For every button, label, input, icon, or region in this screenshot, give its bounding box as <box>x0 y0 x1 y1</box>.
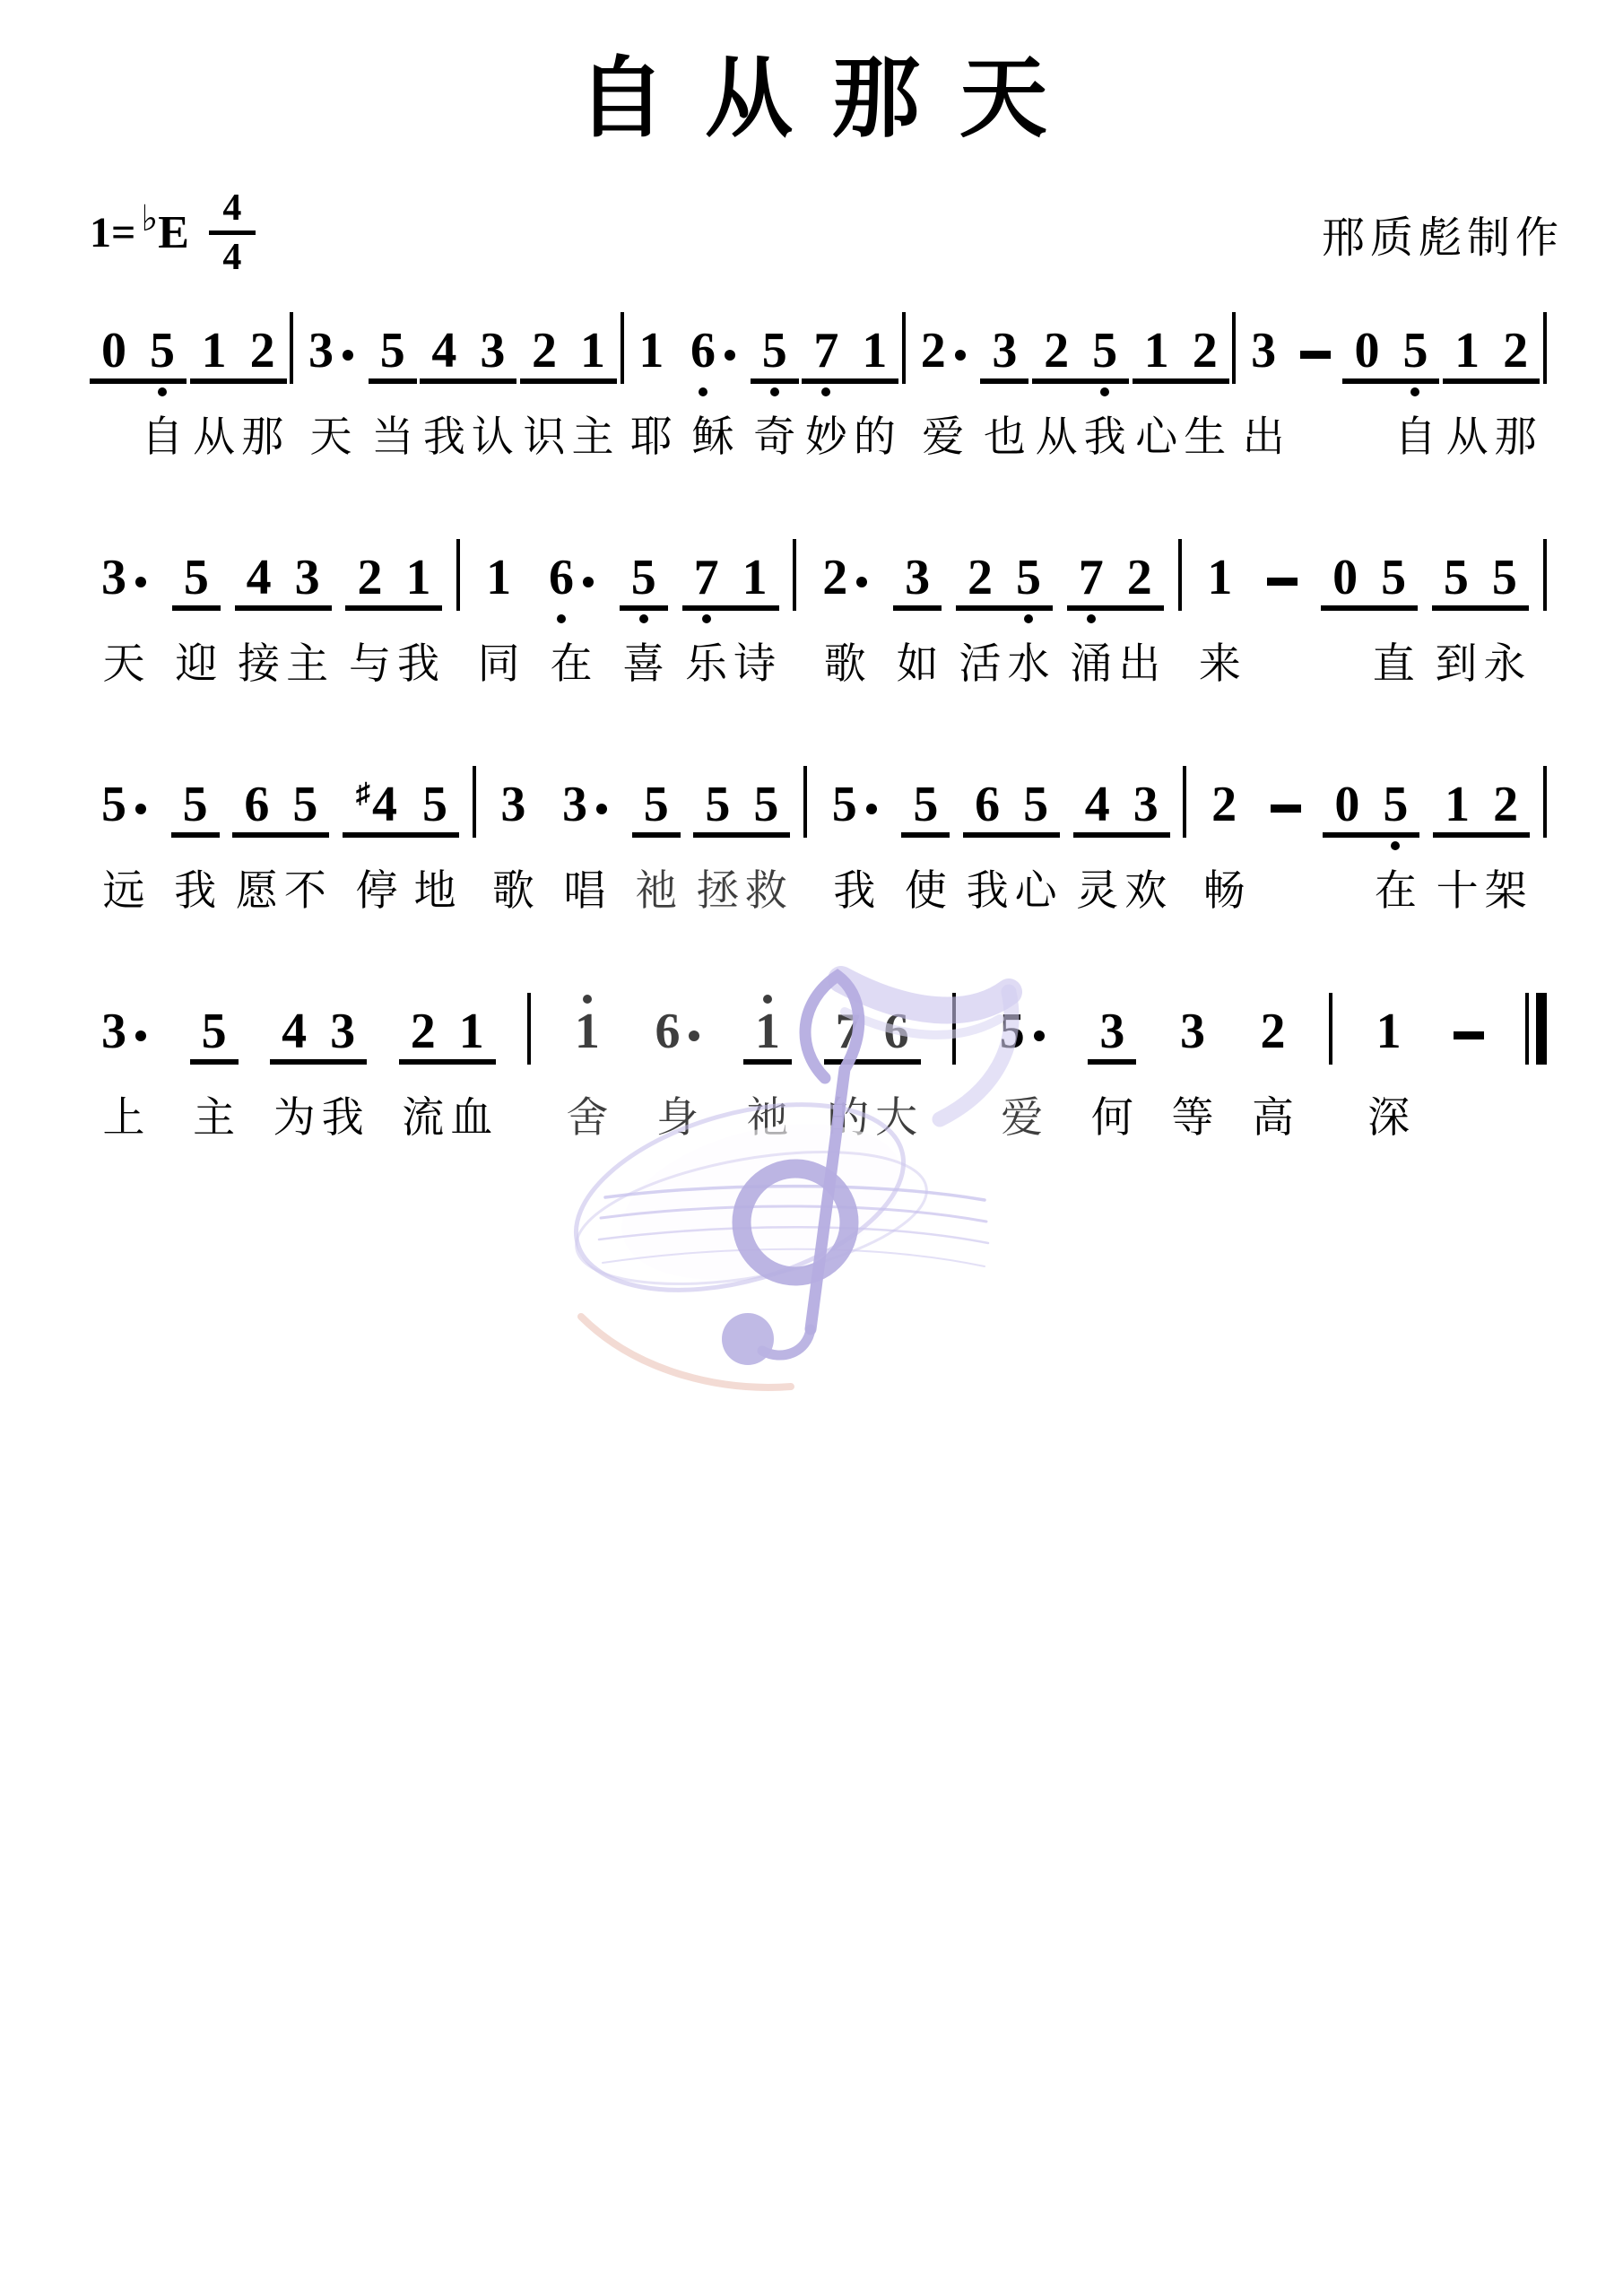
note-group: 5迎 <box>172 544 221 688</box>
note-group: 5喜 <box>620 544 668 688</box>
note-row: 1 <box>1195 544 1244 611</box>
note-group: 3唱 <box>551 771 619 915</box>
augmentation-dot <box>1034 1031 1045 1041</box>
notation-line: 3上5主43为我21流血1舍6身1祂76的大5爱3何3等2高1深 <box>90 998 1547 1142</box>
lyric-char: 出 <box>1239 413 1288 461</box>
note-group: 65我心 <box>963 771 1060 915</box>
note-row: 6 <box>643 998 711 1065</box>
note-number: 5 <box>1381 550 1406 605</box>
note-number: 1 <box>1207 550 1232 605</box>
note-number: 5 <box>631 550 656 605</box>
note-group: 43我认 <box>420 317 516 461</box>
note: 3 <box>90 544 158 605</box>
lyric-char: 从 <box>1443 413 1491 461</box>
note-number: 3 <box>101 1004 126 1059</box>
note: 5 <box>1004 544 1053 605</box>
lyric-char: 如 <box>893 639 942 688</box>
note-number: 5 <box>292 777 317 832</box>
beamed-note-row: 21 <box>345 544 442 611</box>
note: 7 <box>824 998 872 1059</box>
note-group: 76的大 <box>824 998 921 1142</box>
lyric-char: 直 <box>1369 639 1418 688</box>
note-group: 43灵欢 <box>1073 771 1170 915</box>
lyric-char: 接 <box>235 639 283 688</box>
note-group: 25从我 <box>1032 317 1129 461</box>
lyric-row: 主 <box>190 1093 239 1142</box>
note: 3 <box>893 544 942 605</box>
note-group: 05直 <box>1321 544 1418 688</box>
low-octave-dot <box>557 614 566 623</box>
final-barline-gap <box>1529 993 1536 1065</box>
note: 3 <box>1239 317 1288 378</box>
beamed-note-row: 55 <box>693 771 790 838</box>
note-number: 0 <box>1334 777 1359 832</box>
lyric-char: 舍 <box>563 1093 612 1142</box>
note-number: 5 <box>1016 550 1041 605</box>
note: 2 <box>1115 544 1164 605</box>
note-number: 5 <box>380 323 405 378</box>
note-group <box>1262 771 1310 915</box>
lyric-row: 稣 <box>679 413 747 461</box>
note-group <box>1291 317 1340 461</box>
note: 2 <box>1481 771 1530 832</box>
lyric-char: 我 <box>318 1093 367 1142</box>
note: 5 <box>620 544 668 605</box>
beamed-note-row: 5 <box>751 317 799 384</box>
note-number: 2 <box>1503 323 1528 378</box>
note-number: 5 <box>913 777 938 832</box>
lyric-row: 活水 <box>956 639 1053 688</box>
note-group: 12从那 <box>1443 317 1540 461</box>
note-number: 2 <box>411 1004 436 1059</box>
note-group: 6稣 <box>679 317 747 461</box>
note-number: 5 <box>705 777 730 832</box>
beamed-note-row: ♯45 <box>343 771 459 838</box>
lyric-row: 上 <box>90 1093 158 1142</box>
note: 4 <box>1073 771 1122 832</box>
note-number: 6 <box>690 323 716 378</box>
lyric-char: 血 <box>447 1093 496 1142</box>
lyric-row: 迎 <box>172 639 221 688</box>
note: 5 <box>190 998 239 1059</box>
note: 2 <box>239 317 287 378</box>
lyric-row: 祂 <box>632 866 681 915</box>
note-number: 3 <box>1251 323 1276 378</box>
beamed-note-row: 5 <box>620 544 668 611</box>
beamed-note-row: 3 <box>980 317 1028 384</box>
low-octave-dot <box>1391 841 1400 850</box>
key-signature: 1= ♭ E 4 4 <box>90 190 256 276</box>
lyric-row: 心生 <box>1133 413 1229 461</box>
beamed-note-row: 05 <box>1321 544 1418 611</box>
lyric-char: 从 <box>190 413 239 461</box>
note-number: 5 <box>422 777 447 832</box>
beamed-note-row: 55 <box>1432 544 1529 611</box>
note-number: 2 <box>822 550 847 605</box>
barline <box>527 993 531 1065</box>
lyric-char: 远 <box>90 866 158 915</box>
note: 5 <box>820 771 889 832</box>
low-octave-dot <box>639 614 648 623</box>
lyric-char <box>1262 866 1310 915</box>
note: 1 <box>1195 544 1244 605</box>
lyric-char: 畅 <box>1200 866 1248 915</box>
note-number: 5 <box>1402 323 1428 378</box>
augmentation-dot <box>343 350 353 361</box>
note: 1 <box>394 544 442 605</box>
lyric-char: 活 <box>956 639 1004 688</box>
lyric-row: 畅 <box>1200 866 1248 915</box>
lyric-char: 我 <box>171 866 220 915</box>
note-number: 2 <box>921 323 946 378</box>
lyric-row: 从我 <box>1032 413 1129 461</box>
beamed-note-row: 21 <box>399 998 496 1065</box>
note-row: 3 <box>489 771 537 838</box>
beamed-note-row: 65 <box>232 771 329 838</box>
note: 2 <box>1200 771 1248 832</box>
note-row: 2 <box>811 544 879 611</box>
lyric-char <box>1258 639 1306 688</box>
note-number: 1 <box>575 1004 600 1059</box>
note: 2 <box>1032 317 1081 378</box>
note-number: 3 <box>992 323 1017 378</box>
note-group: 21识主 <box>520 317 617 461</box>
note-number: 5 <box>1383 777 1408 832</box>
note-number: 2 <box>1193 323 1218 378</box>
note-group: 1舍 <box>563 998 612 1142</box>
lyric-char: 永 <box>1480 639 1529 688</box>
note-number: 1 <box>580 323 605 378</box>
note: 5 <box>1432 544 1480 605</box>
note-number: 2 <box>1261 1004 1286 1059</box>
note: 1 <box>474 544 523 605</box>
lyric-char <box>1291 413 1340 461</box>
note-number: 5 <box>832 777 857 832</box>
lyric-char: 爱 <box>909 413 977 461</box>
note: 4 <box>235 544 283 605</box>
lyric-char: 何 <box>1088 1093 1136 1142</box>
note-number: 4 <box>282 1004 307 1059</box>
lyric-row <box>1291 413 1340 461</box>
rest-note: 0 <box>1323 771 1371 832</box>
lyric-row: 深 <box>1365 1093 1413 1142</box>
note-number: 4 <box>372 777 397 832</box>
lyric-char: 出 <box>1115 639 1164 688</box>
note-group: 5我 <box>820 771 889 915</box>
beamed-note-row: 05 <box>90 317 187 384</box>
note-group: 3上 <box>90 998 158 1142</box>
note-group: 6在 <box>537 544 605 688</box>
lyric-char: 身 <box>643 1093 711 1142</box>
key-note: E <box>158 206 189 259</box>
note-group: ♯45停地 <box>343 771 459 915</box>
barline <box>1329 993 1332 1065</box>
note-row <box>1291 317 1340 384</box>
barline <box>1543 539 1547 611</box>
note-number: 5 <box>1023 777 1048 832</box>
lyric-row: 当 <box>369 413 417 461</box>
note: 2 <box>1249 998 1298 1059</box>
lyric-char: 天 <box>90 639 158 688</box>
note-group: 5爱 <box>988 998 1056 1142</box>
low-octave-dot <box>1087 614 1096 623</box>
lyric-char: 妙 <box>802 413 850 461</box>
note-group: 3等 <box>1168 998 1217 1142</box>
note: ♯4 <box>343 771 411 832</box>
lyric-char: 欢 <box>1122 866 1170 915</box>
notation-line: 05自12从那3天5当43我认21识主1耶6稣5奇71妙的2爱3也25从我12心… <box>90 317 1547 461</box>
note-group: 05自 <box>1342 317 1439 461</box>
lyric-row: 奇 <box>751 413 799 461</box>
note-row: 2 <box>1249 998 1298 1065</box>
note-number: 1 <box>862 323 887 378</box>
note: 1 <box>447 998 496 1059</box>
note: 5 <box>1480 544 1529 605</box>
note-group: 3出 <box>1239 317 1288 461</box>
note-number: 1 <box>405 550 430 605</box>
lyric-row: 十架 <box>1433 866 1530 915</box>
note-number: 2 <box>1127 550 1152 605</box>
lyric-char: 祂 <box>743 1093 792 1142</box>
note: 5 <box>751 317 799 378</box>
lyric-char: 那 <box>239 413 287 461</box>
note-row: 1 <box>627 317 675 384</box>
low-octave-dot <box>1100 387 1109 396</box>
note: 5 <box>369 317 417 378</box>
note-number: 3 <box>905 550 930 605</box>
note-number: 2 <box>1493 777 1518 832</box>
note: 5 <box>1011 771 1060 832</box>
lyric-char: 我 <box>820 866 889 915</box>
note: 5 <box>632 771 681 832</box>
note-row: 5 <box>988 998 1056 1065</box>
notation-line: 3天5迎43接主21与我1同6在5喜71乐诗2歌3如25活水72涌出1来05直5… <box>90 544 1547 688</box>
lyric-row: 我心 <box>963 866 1060 915</box>
barline <box>1183 766 1186 838</box>
note-number: 5 <box>183 777 208 832</box>
note: 7 <box>1067 544 1115 605</box>
beamed-note-row: 12 <box>1133 317 1229 384</box>
beamed-note-row: 5 <box>632 771 681 838</box>
lyric-row: 从那 <box>1443 413 1540 461</box>
note-group: 2歌 <box>811 544 879 688</box>
note-number: 2 <box>357 550 382 605</box>
barline <box>1178 539 1182 611</box>
beamed-note-row: 72 <box>1067 544 1164 611</box>
low-octave-dot <box>158 387 167 396</box>
lyric-row: 的大 <box>824 1093 921 1142</box>
note-number: 3 <box>101 550 126 605</box>
note: 5 <box>1369 544 1418 605</box>
lyric-char: 我 <box>963 866 1011 915</box>
lyric-char: 识 <box>520 413 568 461</box>
note-number: 7 <box>1079 550 1104 605</box>
lyric-row: 自 <box>90 413 187 461</box>
note: 1 <box>190 317 239 378</box>
lyric-row <box>1262 866 1310 915</box>
sheet-music-page: 自从那天 1= ♭ E 4 4 邢质彪制作 05自12从那3天5当43我认21识… <box>0 0 1623 2296</box>
note-number: 5 <box>762 323 787 378</box>
barline <box>473 766 476 838</box>
low-octave-dot <box>1410 387 1419 396</box>
lyric-char: 架 <box>1481 866 1530 915</box>
lyric-row: 与我 <box>345 639 442 688</box>
note: 5 <box>1081 317 1129 378</box>
note-group: 3歌 <box>489 771 537 915</box>
dash-note <box>1445 998 1493 1059</box>
note-number: 5 <box>150 323 175 378</box>
lyric-char: 等 <box>1168 1093 1217 1142</box>
lyric-char: 歌 <box>811 639 879 688</box>
note-number: 6 <box>884 1004 909 1059</box>
note: 1 <box>1133 317 1181 378</box>
augmentation-dot <box>596 804 607 814</box>
note: 5 <box>171 771 220 832</box>
note: 1 <box>1365 998 1413 1059</box>
note: 3 <box>468 317 516 378</box>
note-number: 3 <box>1180 1004 1205 1059</box>
note-group: 1深 <box>1365 998 1413 1142</box>
note-number: 3 <box>1099 1004 1124 1059</box>
beamed-note-row: 21 <box>520 317 617 384</box>
note: 1 <box>627 317 675 378</box>
note: 1 <box>568 317 617 378</box>
lyric-row: 涌出 <box>1067 639 1164 688</box>
note-number: 7 <box>836 1004 861 1059</box>
note-row: 1 <box>1365 998 1413 1065</box>
lyric-row: 识主 <box>520 413 617 461</box>
lyric-row: 我 <box>171 866 220 915</box>
lyric-char: 来 <box>1195 639 1244 688</box>
note-row: 3 <box>551 771 619 838</box>
note-number: 0 <box>1332 550 1358 605</box>
note-group: 5主 <box>190 998 239 1142</box>
note-group: 2畅 <box>1200 771 1248 915</box>
note: 1 <box>743 998 792 1059</box>
note-row: 3 <box>90 544 158 611</box>
note: 5 <box>172 544 221 605</box>
lyric-char: 主 <box>190 1093 239 1142</box>
augmentation-dot <box>866 804 877 814</box>
note-row: 3 <box>1239 317 1288 384</box>
note-number: 2 <box>250 323 275 378</box>
note-group: 3何 <box>1088 998 1136 1142</box>
low-octave-dot <box>1024 614 1033 623</box>
lyric-char: 从 <box>1032 413 1081 461</box>
barline <box>793 539 796 611</box>
lyric-row: 舍 <box>563 1093 612 1142</box>
low-octave-dot <box>770 387 779 396</box>
note-number: 5 <box>644 777 669 832</box>
low-octave-dot <box>821 387 830 396</box>
lyric-char: 不 <box>281 866 329 915</box>
lyric-char: 为 <box>270 1093 318 1142</box>
note: 3 <box>980 317 1028 378</box>
lyric-char: 深 <box>1365 1093 1413 1142</box>
lyric-row: 自 <box>1342 413 1439 461</box>
note-number: 5 <box>101 777 126 832</box>
lyric-row: 唱 <box>551 866 619 915</box>
augmentation-dot <box>725 350 735 361</box>
lyric-char: 我 <box>420 413 468 461</box>
high-octave-dot <box>583 995 592 1004</box>
beamed-note-row: 25 <box>956 544 1053 611</box>
beamed-note-row: 5 <box>369 317 417 384</box>
lyric-row: 天 <box>90 639 158 688</box>
lyric-char: 到 <box>1432 639 1480 688</box>
note: 3 <box>1168 998 1217 1059</box>
lyric-row: 乐诗 <box>682 639 779 688</box>
barline <box>290 312 293 384</box>
lyric-char: 天 <box>297 413 365 461</box>
note-number: 1 <box>755 1004 780 1059</box>
note-number: 5 <box>1492 550 1517 605</box>
augmentation-dot <box>135 1031 146 1041</box>
note-number: 2 <box>1211 777 1237 832</box>
lyric-row: 耶 <box>627 413 675 461</box>
note: 6 <box>679 317 747 378</box>
note-row: 6 <box>537 544 605 611</box>
beamed-note-row: 43 <box>420 317 516 384</box>
note-group: 12心生 <box>1133 317 1229 461</box>
note-row: 5 <box>90 771 158 838</box>
half-note-dash <box>1267 578 1298 586</box>
note-row: 6 <box>679 317 747 384</box>
note: 6 <box>963 771 1011 832</box>
note-group: 5祂 <box>632 771 681 915</box>
lyric-row: 歌 <box>489 866 537 915</box>
note: 3 <box>297 317 365 378</box>
lyric-row: 在 <box>1323 866 1419 915</box>
note-number: 5 <box>1000 1004 1025 1059</box>
lyric-row: 天 <box>297 413 365 461</box>
high-octave-dot <box>763 995 772 1004</box>
lyric-row: 愿不 <box>232 866 329 915</box>
half-note-dash <box>1454 1031 1484 1039</box>
note: 1 <box>1433 771 1481 832</box>
note-row: 3 <box>297 317 365 384</box>
dash-note <box>1258 544 1306 605</box>
note-number: 3 <box>330 1004 355 1059</box>
note: 6 <box>643 998 711 1059</box>
note: 2 <box>345 544 394 605</box>
note: 3 <box>1088 998 1136 1059</box>
beamed-note-row: 05 <box>1323 771 1419 838</box>
lyric-char: 我 <box>1081 413 1129 461</box>
beamed-note-row: 71 <box>802 317 898 384</box>
note: 5 <box>138 317 187 378</box>
note: 4 <box>270 998 318 1059</box>
note-group: 12从那 <box>190 317 287 461</box>
note-group: 6身 <box>643 998 711 1142</box>
lyric-row: 到永 <box>1432 639 1529 688</box>
note-group: 3也 <box>980 317 1028 461</box>
note: 3 <box>318 998 367 1059</box>
lyric-char: 生 <box>1181 413 1229 461</box>
note: 5 <box>1371 771 1419 832</box>
beamed-note-row: 5 <box>190 998 239 1065</box>
lyric-row: 高 <box>1249 1093 1298 1142</box>
lyric-char: 大 <box>872 1093 921 1142</box>
notation-line: 5远5我65愿不♯45停地3歌3唱5祂55拯救5我5使65我心43灵欢2畅05在… <box>90 771 1547 915</box>
note: 3 <box>283 544 332 605</box>
lyric-char: 愿 <box>232 866 281 915</box>
lyric-char: 心 <box>1133 413 1181 461</box>
note: 2 <box>520 317 568 378</box>
lyric-char: 也 <box>980 413 1028 461</box>
lyric-row: 如 <box>893 639 942 688</box>
lyric-row: 我 <box>820 866 889 915</box>
